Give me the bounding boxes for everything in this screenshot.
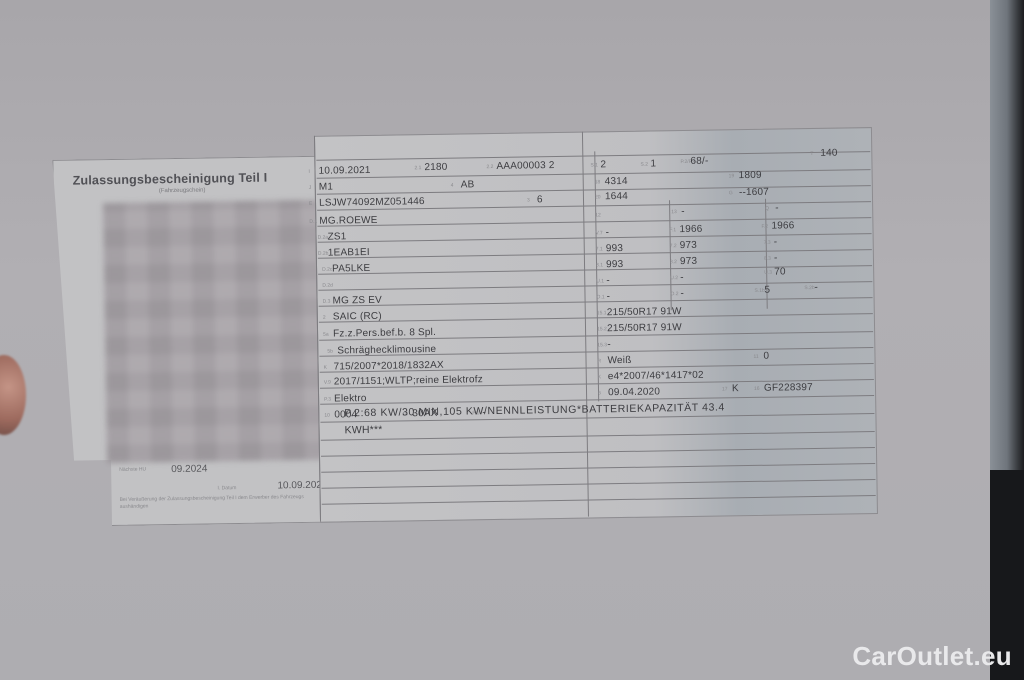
fld-s1: 2: [600, 159, 606, 170]
registration-document: Zulassungsbescheinigung Teil I (Fahrzeug…: [48, 127, 876, 525]
field-code: G: [729, 190, 733, 196]
fld-20: 1644: [605, 191, 628, 202]
fld-13: -: [681, 206, 685, 217]
field-code: D.2d: [322, 283, 333, 289]
fld-18: 4314: [605, 176, 628, 187]
carOutlet-watermark: CarOutlet.eu: [852, 641, 1012, 672]
field-code: 16: [754, 386, 760, 392]
date-label: I. Datum: [217, 485, 236, 491]
valid-until-label: Nächste HU: [119, 466, 146, 472]
fld-u2: -: [680, 272, 684, 283]
field-code: 2.1: [414, 165, 421, 171]
left-footer: Nächste HU 09.2024 I. Datum 10.09.2021 B…: [117, 461, 338, 520]
fld-s1b: 5: [764, 285, 770, 296]
field-code: 6: [598, 390, 601, 396]
field-code: F.2: [761, 224, 768, 230]
field-code: S.1: [590, 162, 598, 168]
field-code: J: [309, 185, 312, 191]
field-code: 19: [729, 173, 735, 179]
field-code: 4: [451, 183, 454, 189]
fld-2-1: 2180: [424, 162, 447, 173]
field-code: 7.1: [596, 246, 603, 252]
fld-vehicle-kind: Fz.z.Pers.bef.b. 8 Spl.: [333, 327, 436, 340]
fld-8-2: 973: [680, 256, 697, 267]
fld-o1: -: [606, 291, 610, 302]
field-code: 8.3: [764, 256, 771, 262]
field-code: 5b: [327, 349, 333, 355]
fld-version: PA5LKE: [332, 263, 370, 275]
fld-7-2: 973: [680, 240, 697, 251]
field-code: D.3: [323, 299, 331, 305]
fld-q: -: [775, 203, 779, 214]
field-code: V.9: [324, 380, 331, 386]
field-code: 8.1: [596, 262, 603, 268]
field-code: V.7: [595, 230, 602, 236]
fld-17: K: [732, 383, 739, 394]
field-code: P.3: [324, 397, 331, 403]
fld-date: 10.09.2021: [318, 165, 370, 177]
field-code: K: [598, 374, 601, 380]
fld-test-procedure: 2017/1151;WLTP;reine Elektrofz: [334, 374, 483, 387]
field-code: 3: [527, 197, 530, 203]
fld-t: 140: [820, 148, 837, 159]
field-code: 7.3: [764, 240, 771, 246]
fld-s2b: -: [814, 282, 818, 293]
field-code: 15.1: [597, 310, 607, 316]
field-code: 12: [595, 212, 601, 218]
fld-19: 1809: [739, 170, 762, 181]
fld-body-type: Schräghecklimousine: [337, 344, 436, 357]
field-code: 11: [753, 354, 758, 360]
fld-8-3: -: [774, 253, 778, 264]
field-code: 17: [722, 386, 728, 392]
fld-7-1: 993: [606, 243, 623, 254]
field-code: 7.2: [670, 243, 677, 249]
field-code: 8.2: [670, 259, 677, 265]
field-code: 20: [595, 194, 601, 200]
fld-2-2: AAA00003 2: [496, 160, 554, 172]
field-code: 13: [671, 209, 677, 215]
fld-vin: LSJW74092MZ051446: [319, 196, 425, 209]
fld-p2: 68/-: [690, 156, 708, 167]
field-code: S.2: [640, 162, 648, 168]
fld-emission-class: 715/2007*2018/1832AX: [334, 360, 444, 373]
fld-15-3: -: [607, 339, 611, 350]
field-code: S.2b: [804, 285, 814, 291]
field-code: 2.2: [486, 164, 493, 170]
field-code: D.2c: [322, 267, 332, 273]
fld-15-2: 215/50R17 91W: [607, 322, 682, 334]
field-code: S.1b: [754, 288, 764, 294]
field-code: U.3: [764, 270, 772, 276]
field-code: 15.3: [597, 342, 607, 348]
fld-8-1: 993: [606, 259, 623, 270]
fld-vehicle-class: M1: [319, 182, 333, 193]
fld-fuel: Elektro: [334, 393, 367, 405]
field-code: T: [810, 151, 813, 157]
fld-6: 09.04.2020: [608, 386, 660, 398]
fld-model: MG ZS EV: [332, 295, 382, 307]
photo-scene: Zulassungsbescheinigung Teil I (Fahrzeug…: [0, 0, 1024, 680]
valid-until: 09.2024: [171, 464, 207, 476]
fld-16: GF228397: [764, 382, 813, 394]
field-code: 10: [324, 413, 330, 419]
field-code: F.1: [669, 227, 676, 233]
fld-f1: 1966: [679, 224, 702, 235]
field-code: R: [597, 358, 601, 364]
field-code: Q: [765, 206, 769, 212]
field-code: 15.2: [597, 326, 607, 332]
field-code: I: [308, 169, 309, 175]
fld-colour: Weiß: [607, 355, 631, 366]
fld-11: 0: [763, 351, 769, 362]
fld-u1: -: [606, 275, 610, 286]
document-subtitle: (Fahrzeugschein): [159, 188, 206, 195]
remarks-line-2: KWH***: [345, 424, 383, 437]
fld-s2: 1: [650, 158, 656, 169]
fld-body-code: AB: [461, 179, 475, 190]
fld-o2: -: [680, 288, 684, 299]
field-code: U.1: [596, 278, 604, 284]
fld-15-1: 215/50R17 91W: [607, 306, 682, 318]
fld-f2: 1966: [771, 220, 794, 231]
fld-g: --1607: [739, 187, 769, 198]
fld-type: ZS1: [327, 231, 346, 242]
field-code: O.1: [596, 294, 604, 300]
field-code: U.2: [670, 275, 678, 281]
fld-variant: 1EAB1EI: [328, 247, 370, 259]
blurred-owner-area: [103, 200, 327, 463]
fld-brand: MG.ROEWE: [319, 215, 377, 227]
field-code: E: [309, 201, 312, 207]
field-code: 2: [323, 315, 326, 321]
fld-7-3: -: [774, 237, 778, 248]
field-code: D.1: [309, 219, 317, 225]
fld-check-digit: 6: [537, 194, 543, 205]
field-code: K: [324, 365, 327, 371]
fld-k: e4*2007/46*1417*02: [608, 370, 704, 383]
field-code: 5a: [323, 332, 329, 338]
field-code: 18: [595, 179, 601, 185]
footer-note: Bei Veräußerung der Zulassungsbescheinig…: [120, 494, 320, 511]
fld-manufacturer: SAIC (RC): [333, 311, 382, 323]
fld-v7: -: [605, 227, 609, 238]
field-code: O.2: [670, 291, 678, 297]
fld-u3: 70: [774, 266, 786, 277]
